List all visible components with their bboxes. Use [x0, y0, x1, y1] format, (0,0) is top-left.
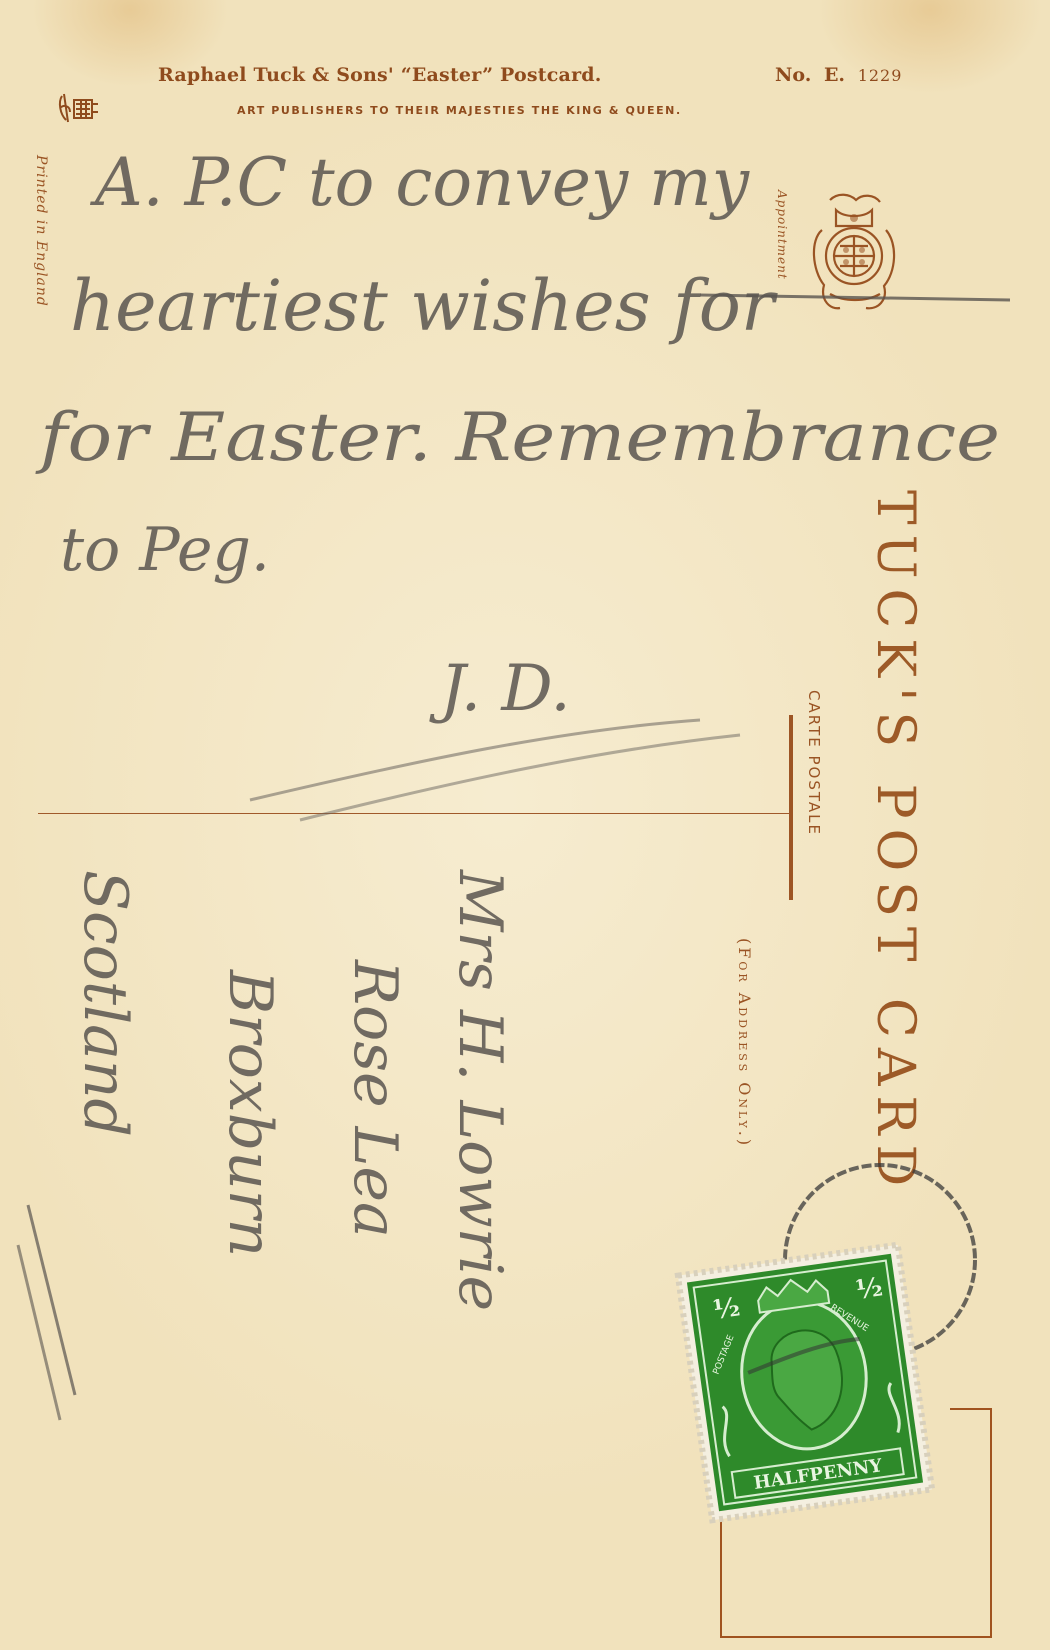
card-number: No. E. 1229	[775, 64, 902, 86]
postcard-back: Raphael Tuck & Sons' “Easter” Postcard. …	[0, 0, 1050, 1650]
for-address-only-label: (For Address Only.)	[735, 938, 754, 1148]
king-george-v-stamp-icon: HALFPENNY ½ ½ POSTAGE REVENUE	[673, 1240, 936, 1525]
stamp-denomination-right: ½	[854, 1272, 885, 1305]
address-line: Broxburn	[215, 969, 285, 1257]
svg-text:Rose Lea: Rose Lea	[340, 959, 410, 1238]
royal-coat-of-arms-icon	[800, 190, 900, 320]
message-line: to Peg.	[60, 515, 270, 585]
card-number-series: E.	[824, 64, 845, 86]
stamp-denomination-left: ½	[711, 1292, 742, 1325]
address-line: Scotland	[70, 870, 140, 1137]
tucks-post-card-title: TUCK'S POST CARD	[865, 490, 925, 1196]
address-line: Mrs H. Lowrie	[445, 869, 515, 1311]
card-number-value: 1229	[858, 66, 903, 85]
carte-postale-label: CARTE POSTALE	[805, 690, 823, 836]
svg-text:Mrs H. Lowrie: Mrs H. Lowrie	[445, 869, 515, 1311]
message-address-divider	[38, 813, 790, 814]
stamp-box-top-edge	[950, 1408, 992, 1410]
svg-text:Broxburn: Broxburn	[215, 969, 285, 1257]
carte-postale-rule	[789, 715, 793, 900]
address-underline-1	[28, 1205, 75, 1395]
card-number-label: No.	[775, 64, 811, 86]
message-line: A. P.C to convey my	[89, 144, 750, 221]
address-underline-2	[18, 1245, 60, 1420]
appointment-label: Appointment	[775, 190, 789, 280]
message-line: for Easter. Remembrance	[34, 399, 1000, 476]
message-line: heartiest wishes for	[70, 265, 778, 347]
halfpenny-stamp: HALFPENNY ½ ½ POSTAGE REVENUE	[673, 1240, 936, 1525]
printed-in-england: Printed in England	[33, 155, 49, 307]
card-header-title: Raphael Tuck & Sons' “Easter” Postcard.	[158, 64, 602, 86]
easel-palette-logo-icon	[56, 92, 102, 126]
signature-underline-1	[250, 720, 700, 800]
address-line: Rose Lea	[340, 959, 410, 1238]
signature-underline-2	[300, 735, 740, 820]
signature: J. D.	[429, 652, 571, 726]
card-header-subtitle: ART PUBLISHERS TO THEIR MAJESTIES THE KI…	[237, 104, 682, 117]
svg-text:Scotland: Scotland	[70, 870, 140, 1137]
